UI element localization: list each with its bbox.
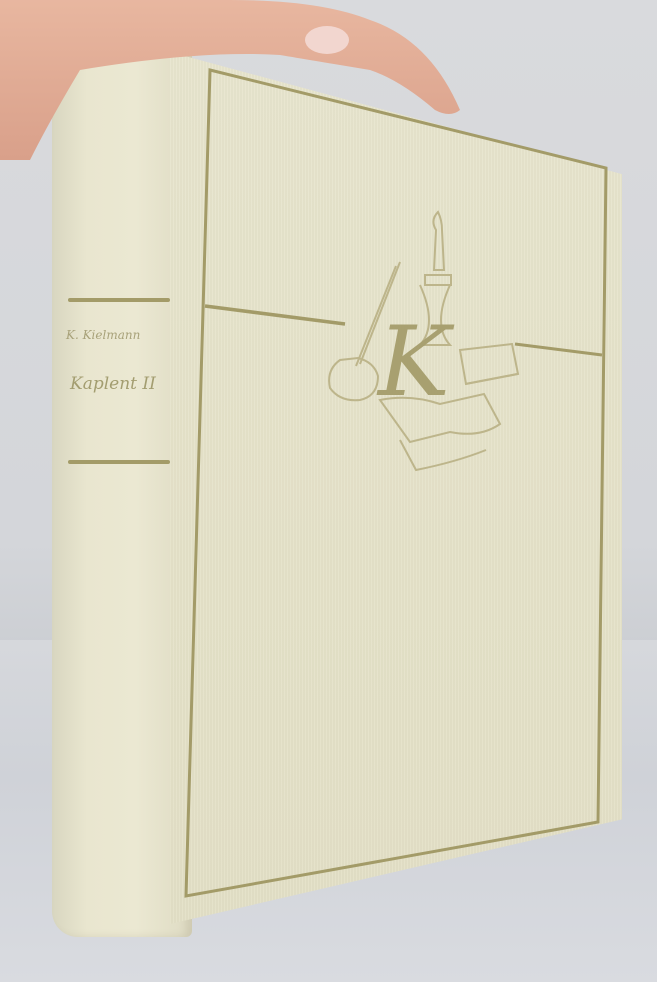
spine-rule-bottom bbox=[68, 460, 170, 464]
book-cover bbox=[170, 52, 622, 924]
fingernail bbox=[305, 26, 349, 54]
hand bbox=[0, 0, 470, 160]
spine-title: Kaplent II bbox=[70, 374, 180, 394]
spine-author: K. Kielmann bbox=[66, 328, 176, 342]
spine-rule-top bbox=[68, 298, 170, 302]
